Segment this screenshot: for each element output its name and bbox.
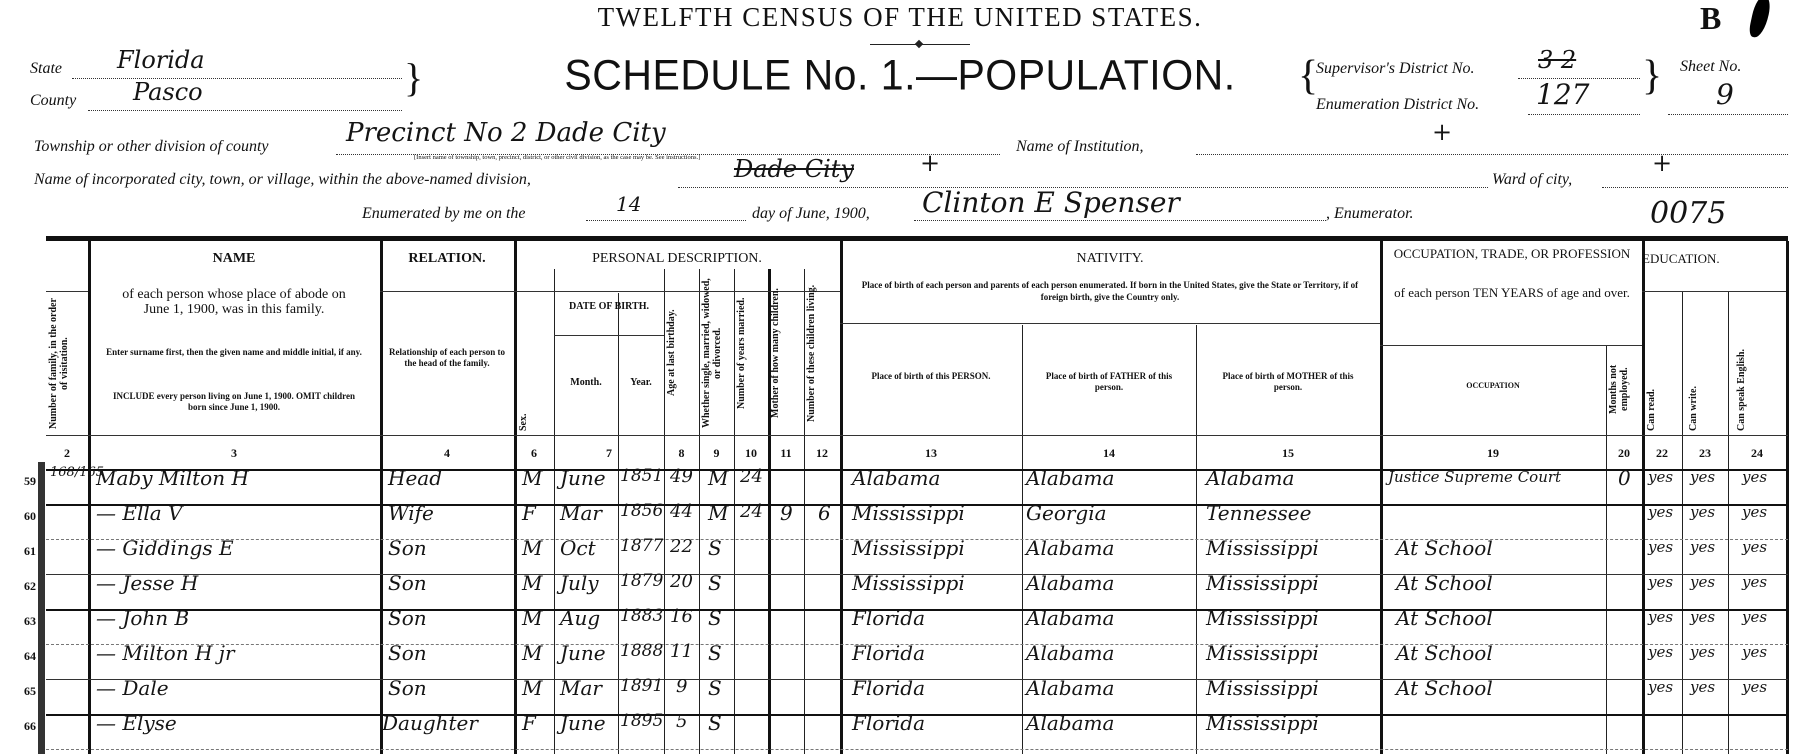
can-speak-english-cell[interactable]: yes bbox=[1742, 538, 1767, 556]
sex-cell[interactable]: M bbox=[522, 536, 542, 560]
name-description: of each person whose place of abode on J… bbox=[118, 287, 350, 317]
birthplace-mother-cell[interactable]: Mississippi bbox=[1206, 536, 1319, 560]
age-cell[interactable]: 5 bbox=[676, 711, 687, 732]
birthplace-person-cell[interactable]: Mississippi bbox=[852, 571, 965, 595]
can-write-cell[interactable]: yes bbox=[1690, 678, 1715, 696]
column-number: 24 bbox=[1728, 438, 1786, 468]
name-include-note: INCLUDE every person living on June 1, 1… bbox=[106, 391, 362, 413]
can-write-cell[interactable]: yes bbox=[1690, 573, 1715, 591]
marital-cell[interactable]: S bbox=[708, 571, 722, 595]
marital-cell[interactable]: S bbox=[708, 676, 722, 700]
nativity-header: NATIVITY. bbox=[840, 251, 1380, 267]
township-field[interactable]: Precinct No 2 Dade City bbox=[336, 130, 1000, 155]
can-read-cell[interactable]: yes bbox=[1648, 538, 1673, 556]
children-living-header: Number of these children living. bbox=[806, 275, 838, 431]
occupation-cell[interactable]: Justice Supreme Court bbox=[1388, 468, 1561, 486]
table-left-bar bbox=[38, 462, 45, 754]
can-speak-english-cell[interactable]: yes bbox=[1742, 643, 1767, 661]
education-header: EDUCATION. bbox=[1642, 251, 1786, 267]
birthplace-father-cell[interactable]: Alabama bbox=[1026, 536, 1114, 560]
birthplace-mother-cell[interactable]: Mississippi bbox=[1206, 676, 1319, 700]
birthplace-father-header: Place of birth of FATHER of this person. bbox=[1036, 371, 1182, 393]
column-number: 2 bbox=[46, 438, 88, 468]
sheet-label: Sheet No. bbox=[1680, 58, 1741, 76]
state-county-brace: } bbox=[404, 54, 423, 101]
township-value: Precinct No 2 Dade City bbox=[346, 118, 666, 148]
sex-cell[interactable]: M bbox=[522, 466, 542, 490]
birthplace-father-cell[interactable]: Georgia bbox=[1026, 501, 1107, 525]
ward-value: + bbox=[1652, 149, 1672, 177]
enumerator-field[interactable]: Clinton E Spenser bbox=[914, 198, 1326, 221]
birthplace-person-cell[interactable]: Alabama bbox=[852, 466, 940, 490]
birth-month-cell[interactable]: Mar bbox=[560, 676, 602, 700]
column-number: 19 bbox=[1380, 438, 1606, 468]
birthplace-father-cell[interactable]: Alabama bbox=[1026, 711, 1114, 735]
name-cell[interactable]: — John B bbox=[96, 606, 189, 630]
birth-month-cell[interactable]: June bbox=[560, 641, 606, 665]
years-married-header: Number of years married. bbox=[736, 275, 768, 431]
birthplace-mother-cell[interactable]: Mississippi bbox=[1206, 641, 1319, 665]
enumerated-month-label: day of June, 1900, bbox=[752, 205, 870, 223]
birth-year-cell[interactable]: 1895 bbox=[620, 711, 663, 731]
occupation-cell[interactable]: At School bbox=[1396, 606, 1493, 630]
birthplace-father-cell[interactable]: Alabama bbox=[1026, 606, 1114, 630]
personal-description-header: PERSONAL DESCRIPTION. bbox=[514, 251, 840, 267]
birth-year-cell[interactable]: 1883 bbox=[620, 606, 663, 626]
date-of-birth-header: DATE OF BIRTH. bbox=[554, 301, 664, 313]
can-speak-english-cell[interactable]: yes bbox=[1742, 573, 1767, 591]
enumeration-district-value: 127 bbox=[1536, 78, 1589, 111]
name-cell[interactable]: Maby Milton H bbox=[96, 466, 249, 490]
name-cell[interactable]: — Dale bbox=[96, 676, 169, 700]
age-cell[interactable]: 49 bbox=[670, 466, 693, 487]
relation-cell[interactable]: Son bbox=[388, 641, 427, 665]
name-cell[interactable]: — Giddings E bbox=[96, 536, 234, 560]
sex-cell[interactable]: M bbox=[522, 606, 542, 630]
birth-month-cell[interactable]: July bbox=[560, 571, 599, 595]
marital-cell[interactable]: M bbox=[708, 501, 728, 525]
marital-cell[interactable]: M bbox=[708, 466, 728, 490]
relation-header: RELATION. bbox=[380, 251, 514, 267]
marital-cell[interactable]: S bbox=[708, 536, 722, 560]
stamp-number: 0075 bbox=[1650, 196, 1726, 231]
age-cell[interactable]: 22 bbox=[670, 536, 693, 557]
nativity-description: Place of birth of each person and parent… bbox=[860, 279, 1360, 303]
months-unemployed-cell[interactable]: 0 bbox=[1618, 466, 1631, 490]
birth-year-cell[interactable]: 1888 bbox=[620, 641, 663, 661]
mother-of-children-header: Mother of how many children. bbox=[770, 275, 802, 431]
census-title: TWELFTH CENSUS OF THE UNITED STATES. bbox=[0, 2, 1800, 33]
sex-cell[interactable]: F bbox=[522, 501, 536, 525]
can-read-cell[interactable]: yes bbox=[1648, 643, 1673, 661]
institution-value: + bbox=[1432, 118, 1452, 146]
marital-status-header: Whether single, married, widowed, or div… bbox=[701, 275, 733, 431]
institution-field[interactable]: + bbox=[1196, 130, 1788, 155]
can-read-cell[interactable]: yes bbox=[1648, 678, 1673, 696]
birthplace-person-cell[interactable]: Florida bbox=[852, 676, 925, 700]
relation-cell[interactable]: Son bbox=[388, 606, 427, 630]
enumeration-district-label: Enumeration District No. bbox=[1316, 96, 1479, 114]
birthplace-person-cell[interactable]: Florida bbox=[852, 641, 925, 665]
title-ornament-rule bbox=[870, 44, 970, 45]
column-number: 20 bbox=[1606, 438, 1642, 468]
birthplace-mother-header: Place of birth of MOTHER of this person. bbox=[1210, 371, 1366, 393]
enumerator-value: Clinton E Spenser bbox=[922, 186, 1180, 219]
column-number: 3 bbox=[88, 438, 380, 468]
age-cell[interactable]: 20 bbox=[670, 571, 693, 592]
occupation-cell[interactable]: At School bbox=[1396, 676, 1493, 700]
relation-cell[interactable]: Son bbox=[388, 676, 427, 700]
name-entry-note: Enter surname first, then the given name… bbox=[106, 347, 362, 358]
can-speak-english-cell[interactable]: yes bbox=[1742, 468, 1767, 486]
occupation-cell[interactable]: At School bbox=[1396, 571, 1493, 595]
birth-month-header: Month. bbox=[554, 377, 618, 388]
birthplace-father-cell[interactable]: Alabama bbox=[1026, 676, 1114, 700]
name-cell[interactable]: — Elyse bbox=[96, 711, 177, 735]
column-number: 15 bbox=[1196, 438, 1380, 468]
can-read-cell[interactable]: yes bbox=[1648, 573, 1673, 591]
line-number: 63 bbox=[8, 614, 36, 629]
can-read-cell[interactable]: yes bbox=[1648, 608, 1673, 626]
relation-cell[interactable]: Son bbox=[388, 536, 427, 560]
can-speak-english-cell[interactable]: yes bbox=[1742, 678, 1767, 696]
occupation-cell[interactable]: At School bbox=[1396, 641, 1493, 665]
birthplace-person-cell[interactable]: Mississippi bbox=[852, 536, 965, 560]
state-value: Florida bbox=[117, 46, 205, 74]
enumeration-day-field[interactable]: 14 bbox=[586, 198, 746, 221]
birthplace-person-cell[interactable]: Florida bbox=[852, 711, 925, 735]
institution-label: Name of Institution, bbox=[1016, 138, 1144, 156]
can-read-cell[interactable]: yes bbox=[1648, 468, 1673, 486]
column-number: 6 bbox=[514, 438, 554, 468]
months-not-employed-header: Months not employed. bbox=[1608, 347, 1640, 431]
incorporated-city-label: Name of incorporated city, town, or vill… bbox=[34, 171, 531, 189]
occupation-header: OCCUPATION, TRADE, OR PROFESSION bbox=[1390, 247, 1634, 260]
line-number: 65 bbox=[8, 684, 36, 699]
ward-field[interactable]: + bbox=[1602, 163, 1788, 188]
years-married-cell[interactable]: 24 bbox=[740, 466, 763, 487]
mother-of-cell[interactable]: 9 bbox=[780, 501, 793, 525]
occupation-description: of each person TEN YEARS of age and over… bbox=[1390, 285, 1634, 300]
sex-cell[interactable]: M bbox=[522, 676, 542, 700]
birth-year-cell[interactable]: 1877 bbox=[620, 536, 663, 556]
can-read-cell[interactable]: yes bbox=[1648, 503, 1673, 521]
marital-cell[interactable]: S bbox=[708, 641, 722, 665]
ward-label: Ward of city, bbox=[1492, 171, 1572, 189]
age-cell[interactable]: 16 bbox=[670, 606, 693, 627]
can-write-cell[interactable]: yes bbox=[1690, 608, 1715, 626]
column-number: 4 bbox=[380, 438, 514, 468]
birthplace-father-cell[interactable]: Alabama bbox=[1026, 571, 1114, 595]
can-write-cell[interactable]: yes bbox=[1690, 468, 1715, 486]
column-number: 23 bbox=[1682, 438, 1728, 468]
age-cell[interactable]: 44 bbox=[670, 501, 693, 522]
enumerated-label: Enumerated by me on the bbox=[362, 205, 526, 223]
column-number: 9 bbox=[699, 438, 734, 468]
birthplace-person-cell[interactable]: Mississippi bbox=[852, 501, 965, 525]
relation-cell[interactable]: Head bbox=[388, 466, 442, 490]
sex-cell[interactable]: F bbox=[522, 711, 536, 735]
birth-month-cell[interactable]: June bbox=[560, 711, 606, 735]
column-number: 8 bbox=[664, 438, 699, 468]
column-number: 22 bbox=[1642, 438, 1682, 468]
birthplace-father-cell[interactable]: Alabama bbox=[1026, 466, 1114, 490]
occupation-cell[interactable]: At School bbox=[1396, 536, 1493, 560]
supervisor-district-value: 3 2 bbox=[1538, 46, 1576, 74]
sex-cell[interactable]: M bbox=[522, 641, 542, 665]
relation-cell[interactable]: Wife bbox=[388, 501, 434, 525]
township-instruction-note: [Insert name of township, town, precinct… bbox=[414, 154, 700, 161]
can-write-cell[interactable]: yes bbox=[1690, 538, 1715, 556]
years-married-cell[interactable]: 24 bbox=[740, 501, 763, 522]
relation-cell[interactable]: Son bbox=[388, 571, 427, 595]
state-label: State bbox=[30, 60, 62, 78]
family-number-header: Number of family, in the order of visita… bbox=[48, 297, 86, 431]
column-number: 7 bbox=[554, 438, 664, 468]
can-write-cell[interactable]: yes bbox=[1690, 503, 1715, 521]
birth-month-cell[interactable]: Mar bbox=[560, 501, 602, 525]
column-number: 12 bbox=[804, 438, 840, 468]
name-cell[interactable]: — Jesse H bbox=[96, 571, 198, 595]
township-label: Township or other division of county bbox=[34, 138, 269, 156]
sex-cell[interactable]: M bbox=[522, 571, 542, 595]
incorporated-city-value: Dade City bbox=[734, 155, 854, 183]
district-right-brace: } bbox=[1642, 52, 1662, 100]
can-write-cell[interactable]: yes bbox=[1690, 643, 1715, 661]
marital-cell[interactable]: S bbox=[708, 606, 722, 630]
can-speak-english-header: Can speak English. bbox=[1736, 297, 1782, 431]
birthplace-mother-cell[interactable]: Alabama bbox=[1206, 466, 1294, 490]
name-header: NAME bbox=[88, 251, 380, 267]
relation-description: Relationship of each person to the head … bbox=[386, 347, 508, 369]
enumeration-district-field[interactable]: 127 bbox=[1528, 88, 1640, 115]
supervisor-district-field[interactable]: 3 2 bbox=[1518, 54, 1640, 79]
column-number: 14 bbox=[1022, 438, 1196, 468]
state-field[interactable]: Florida bbox=[72, 54, 402, 79]
birthplace-person-cell[interactable]: Florida bbox=[852, 606, 925, 630]
birthplace-mother-cell[interactable]: Mississippi bbox=[1206, 606, 1319, 630]
name-cell[interactable]: — Milton H jr bbox=[96, 641, 235, 665]
birth-year-header: Year. bbox=[618, 377, 664, 388]
line-number: 61 bbox=[8, 544, 36, 559]
column-number: 10 bbox=[734, 438, 768, 468]
line-number: 66 bbox=[8, 719, 36, 734]
county-field[interactable]: Pasco bbox=[88, 86, 402, 111]
birth-year-cell[interactable]: 1891 bbox=[620, 676, 663, 696]
column-number: 13 bbox=[840, 438, 1022, 468]
name-cell[interactable]: — Ella V bbox=[96, 501, 182, 525]
birthplace-mother-cell[interactable]: Mississippi bbox=[1206, 571, 1319, 595]
birthplace-person-header: Place of birth of this PERSON. bbox=[856, 371, 1006, 382]
birth-year-cell[interactable]: 1851 bbox=[620, 466, 663, 486]
birthplace-mother-cell[interactable]: Tennessee bbox=[1206, 501, 1311, 525]
column-number: 11 bbox=[768, 438, 804, 468]
age-cell[interactable]: 9 bbox=[676, 676, 687, 697]
sex-header: Sex. bbox=[518, 301, 550, 431]
can-read-header: Can read. bbox=[1646, 297, 1680, 431]
birth-month-cell[interactable]: June bbox=[560, 466, 606, 490]
marital-cell[interactable]: S bbox=[708, 711, 722, 735]
incorporated-city-field[interactable]: Dade City + bbox=[678, 163, 1488, 188]
can-speak-english-cell[interactable]: yes bbox=[1742, 503, 1767, 521]
children-living-cell[interactable]: 6 bbox=[818, 501, 831, 525]
birthplace-mother-cell[interactable]: Mississippi bbox=[1206, 711, 1319, 735]
occupation-subheader: OCCUPATION bbox=[1380, 381, 1606, 390]
line-number: 62 bbox=[8, 579, 36, 594]
enumerator-label: , Enumerator. bbox=[1326, 205, 1414, 223]
county-label: County bbox=[30, 92, 76, 110]
line-number: 64 bbox=[8, 649, 36, 664]
county-value: Pasco bbox=[133, 78, 203, 106]
sheet-field[interactable]: 9 bbox=[1668, 88, 1788, 115]
can-speak-english-cell[interactable]: yes bbox=[1742, 608, 1767, 626]
sheet-value: 9 bbox=[1716, 78, 1734, 111]
birth-year-cell[interactable]: 1879 bbox=[620, 571, 663, 591]
birth-month-cell[interactable]: Aug bbox=[560, 606, 600, 630]
line-number: 59 bbox=[8, 474, 36, 489]
supervisor-district-label: Supervisor's District No. bbox=[1316, 60, 1475, 78]
corner-letter: B bbox=[1700, 0, 1721, 37]
line-number: 60 bbox=[8, 509, 36, 524]
age-header: Age at last birthday. bbox=[666, 275, 698, 431]
birth-month-cell[interactable]: Oct bbox=[560, 536, 596, 560]
relation-cell[interactable]: Daughter bbox=[382, 711, 478, 735]
incorporated-city-mark: + bbox=[920, 149, 940, 177]
can-write-header: Can write. bbox=[1688, 297, 1722, 431]
age-cell[interactable]: 11 bbox=[670, 641, 693, 662]
birth-year-cell[interactable]: 1856 bbox=[620, 501, 663, 521]
birthplace-father-cell[interactable]: Alabama bbox=[1026, 641, 1114, 665]
enumeration-day-value: 14 bbox=[616, 192, 641, 216]
